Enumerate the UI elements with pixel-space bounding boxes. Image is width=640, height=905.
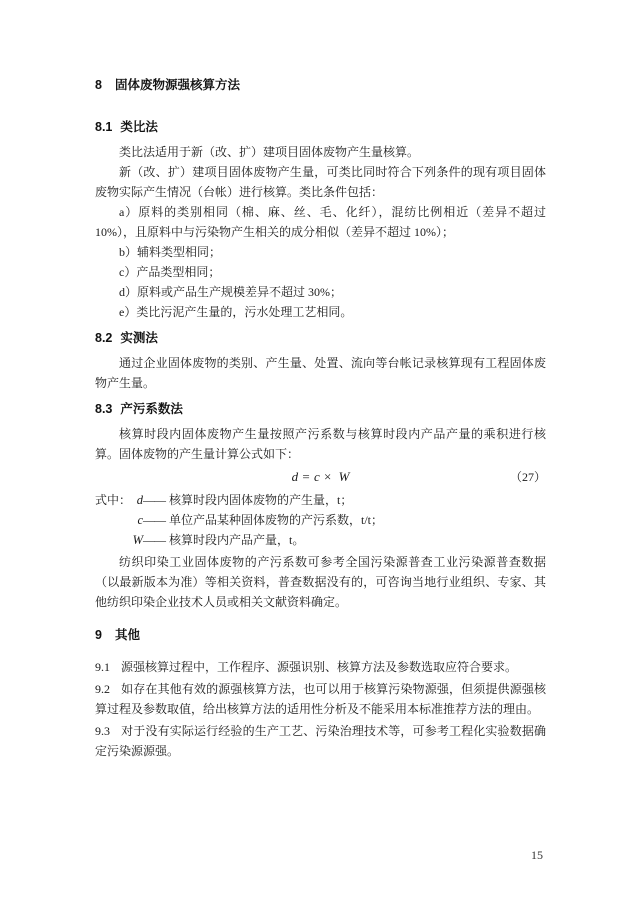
multiply-sign: ×: [323, 469, 332, 484]
clause-title: 产污系数法: [120, 399, 183, 419]
list-item-a: a）原料的类别相同（棉、麻、丝、毛、化纤），混纺比例相近（差异不超过 10%），…: [95, 202, 546, 242]
clause-number: 9.3: [95, 724, 110, 738]
clause-text: 对于没有实际运行经验的生产工艺、污染治理技术等，可参考工程化实验数据确定污染源源…: [95, 724, 546, 758]
definition-text: 核算时段内产品产量，t。: [169, 530, 304, 550]
clause-title: 类比法: [120, 117, 158, 137]
definition-row-c: c —— 单位产品某种固体废物的产污系数，t/t；: [95, 510, 546, 530]
clause-heading-8-3: 8.3 产污系数法: [95, 399, 546, 419]
paragraph: 通过企业固体废物的类别、产生量、处置、流向等台帐记录核算现有工程固体废物产生量。: [95, 353, 546, 393]
list-item-e: e）类比污泥产生量的，污水处理工艺相同。: [95, 302, 546, 322]
paragraph: 新（改、扩）建项目固体废物产生量，可类比同时符合下列条件的现有项目固体废物实际产…: [95, 162, 546, 202]
symbol-definitions: 式中： d —— 核算时段内固体废物的产生量，t； c —— 单位产品某种固体废…: [95, 490, 546, 550]
paragraph: 类比法适用于新（改、扩）建项目固体废物产生量核算。: [95, 142, 546, 162]
clause-text: 如存在其他有效的源强核算方法，也可以用于核算污染物源强，但须提供源强核算过程及参…: [95, 682, 546, 716]
definition-text: 核算时段内固体废物的产生量，t；: [169, 490, 352, 510]
clause-number: 8.2: [95, 328, 112, 348]
definition-prefix: [95, 530, 131, 550]
clause-number: 8.1: [95, 117, 112, 137]
section-title: 其他: [115, 625, 140, 645]
formula-var-d: d: [292, 469, 299, 484]
page-content: 8 固体废物源强核算方法 8.1 类比法 类比法适用于新（改、扩）建项目固体废物…: [95, 75, 546, 761]
list-item-b: b）辅料类型相同；: [95, 242, 546, 262]
clause-9-1: 9.1源强核算过程中，工作程序、源强识别、核算方法及参数选取应符合要求。: [95, 657, 546, 677]
equation-formula: d = c × W: [95, 466, 546, 488]
clause-9-3: 9.3对于没有实际运行经验的生产工艺、污染治理技术等，可参考工程化实验数据确定污…: [95, 721, 546, 761]
definition-row-d: 式中： d —— 核算时段内固体废物的产生量，t；: [95, 490, 546, 510]
definition-symbol: W: [131, 530, 143, 550]
clause-heading-8-1: 8.1 类比法: [95, 117, 546, 137]
definition-symbol: d: [131, 490, 143, 510]
clause-number: 8.3: [95, 399, 112, 419]
equation-row: d = c × W （27）: [95, 466, 546, 488]
paragraph: 纺织印染工业固体废物的产污系数可参考全国污染源普查工业污染源普查数据（以最新版本…: [95, 552, 546, 612]
clause-text: 源强核算过程中，工作程序、源强识别、核算方法及参数选取应符合要求。: [121, 660, 517, 674]
section-number: 8: [95, 75, 102, 95]
definition-dash: ——: [143, 510, 165, 530]
definition-dash: ——: [143, 530, 165, 550]
definition-row-w: W —— 核算时段内产品产量，t。: [95, 530, 546, 550]
definition-prefix: 式中：: [95, 490, 131, 510]
definition-text: 单位产品某种固体废物的产污系数，t/t；: [169, 510, 383, 530]
document-page: { "doc": { "h8": { "num": "8", "title": …: [0, 0, 640, 905]
definition-prefix: [95, 510, 131, 530]
equals-sign: =: [301, 469, 310, 484]
page-number: 15: [531, 845, 543, 865]
section-heading-8: 8 固体废物源强核算方法: [95, 75, 546, 95]
paragraph: 核算时段内固体废物产生量按照产污系数与核算时段内产品产量的乘积进行核算。固体废物…: [95, 424, 546, 464]
formula-var-w: W: [339, 469, 350, 484]
clause-heading-8-2: 8.2 实测法: [95, 328, 546, 348]
definition-dash: ——: [143, 490, 165, 510]
section-title: 固体废物源强核算方法: [115, 75, 240, 95]
clause-9-2: 9.2如存在其他有效的源强核算方法，也可以用于核算污染物源强，但须提供源强核算过…: [95, 679, 546, 719]
clause-title: 实测法: [120, 328, 158, 348]
clause-number: 9.1: [95, 660, 110, 674]
equation-number: （27）: [510, 466, 546, 488]
list-item-c: c）产品类型相同；: [95, 262, 546, 282]
formula-var-c: c: [314, 469, 320, 484]
section-heading-9: 9 其他: [95, 625, 546, 645]
section-number: 9: [95, 625, 102, 645]
definition-symbol: c: [131, 510, 143, 530]
list-item-d: d）原料或产品生产规模差异不超过 30%；: [95, 282, 546, 302]
clause-number: 9.2: [95, 682, 110, 696]
